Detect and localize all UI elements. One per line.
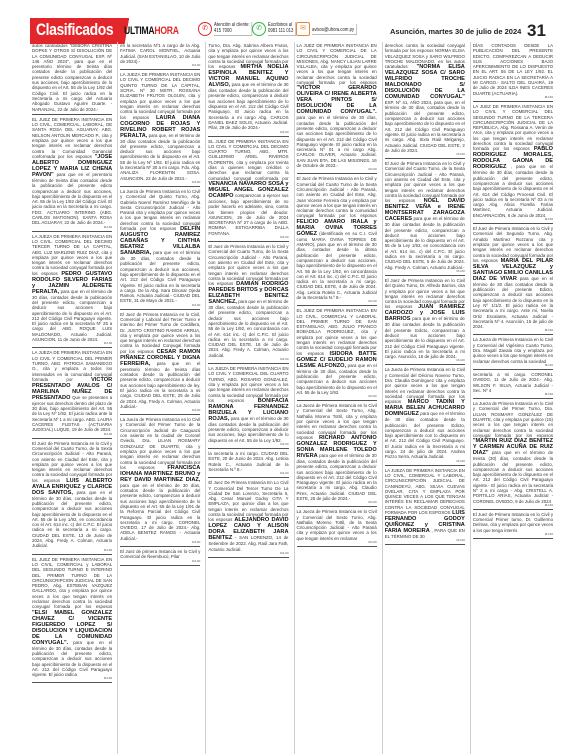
- page-number: 31: [527, 21, 546, 41]
- notice-body-tail: para que en el término de 30 días, conta…: [297, 115, 377, 168]
- notice-code: MJ-60: [120, 64, 200, 67]
- legal-notice: El Juez de Primera Instancia en lo Civil…: [385, 160, 465, 276]
- notice-body: LA JUEZA DE PRIMERA INSTANCIA EN LO CIVI…: [32, 234, 112, 276]
- notice-body-tail: para que en el perentorio término de tre…: [32, 172, 112, 225]
- legal-notice: El Juez de primera Instancia en lo Civil…: [120, 548, 200, 566]
- legal-notice: La Jueza de Primera Instancia en lo Civi…: [120, 416, 200, 547]
- legal-notice: La Jueza de Primera Instancia en lo Civi…: [297, 508, 377, 547]
- phone-contact: ✆ Atención al cliente:415 7000: [198, 22, 259, 36]
- notice-code: MJ-60: [473, 533, 553, 536]
- logo-hora: HORA: [154, 25, 178, 37]
- notice-code: MJ-60: [473, 218, 553, 221]
- legal-notice: El Juez de Primera Instancia en lo Civil…: [120, 311, 200, 415]
- notice-body: La Jueza de Primera Instancia en lo Civi…: [473, 401, 553, 438]
- notice-code: MJ-60: [208, 236, 288, 239]
- notice-body-tail: para que en el perentorio término de tre…: [120, 361, 200, 409]
- legal-notice: La Jueza de Primera Instancia en lo Civi…: [473, 400, 553, 510]
- notice-body-tail: para que en el término de 30 días contad…: [385, 411, 465, 459]
- notice-body: EL JUEZ DE PRIMERA INSTANCIA EN LO CIVIL…: [208, 139, 288, 181]
- notice-body: LA JUEZ DE PRIMERA INSTANCIA EN LO CIVIL…: [297, 43, 377, 85]
- legal-notice: secretaría a mi cargo. CORONEL OVIEDO, 1…: [473, 371, 553, 399]
- notice-body-tail: para que en el término de 30 días contad…: [385, 216, 465, 269]
- email-contact: ✉ avisos@uhora.com.py: [296, 22, 365, 36]
- legal-notice: La Jueza de Primera Instancia en lo Civi…: [120, 188, 200, 310]
- notice-body: LA JUEZ DE PRIMERA INSTANCIA EN LO CIVIL…: [473, 104, 553, 151]
- notice-code: MJ-60: [473, 504, 553, 507]
- notice-code: MJ-60: [385, 359, 465, 362]
- notice-body: LA JUEZA DE PRIMERA INSTANCIA EN LO CIVI…: [385, 468, 465, 515]
- notice-code: MJ-60: [473, 329, 553, 332]
- notice-code: MJ-60: [385, 153, 465, 156]
- notice-body-tail: comparezcan a ejercer sus acciones, bajo…: [208, 193, 288, 236]
- whatsapp-contact: ✆ Escribinos al0981 111 013: [252, 22, 301, 36]
- notice-body-tail: para que en el término de 30 días, conta…: [120, 250, 200, 303]
- mail-icon: ✉: [296, 22, 310, 36]
- notice-code: MJ-60: [297, 541, 377, 544]
- notice-parties: "VICTOR GERARDO OLIVEIRA C/ IRENE ALBERT…: [297, 85, 377, 115]
- legal-notice: autos caratulados "DEBORA CRISTINA DOPKE…: [32, 42, 112, 115]
- notice-code: MJ-60: [385, 539, 465, 542]
- notice-code: MJ-60: [208, 131, 288, 134]
- notice-body-tail: para que, en el término de 30 días conta…: [120, 133, 200, 181]
- notice-body: El Juez de primera Instancia en lo Civil…: [120, 549, 200, 559]
- notice-code: MJ-60: [208, 443, 288, 446]
- legal-notice: LA JUEZ DE PRIMERA INSTANCIA EN LO CIVIL…: [297, 42, 377, 174]
- notice-body: en la secretaría Nº1 a cargo de la Abg. …: [120, 43, 200, 64]
- column-2: en la secretaría Nº1 a cargo de la Abg. …: [117, 42, 202, 754]
- notice-body: La Jueza de Primera Instancia en lo Civi…: [297, 509, 377, 540]
- legal-notice: LA JUEZA DE PRIMERA INSTANCIA EN LO CIVI…: [385, 467, 465, 546]
- notice-body: El Juez de Primera Instancia en lo Civil…: [385, 161, 465, 203]
- legal-notice: en la secretaría Nº1 a cargo de la Abg. …: [120, 42, 200, 70]
- notice-code: MJ-60: [32, 677, 112, 680]
- notice-body: autos caratulados "DEBORA CRISTINA DOPKE…: [32, 43, 112, 112]
- notice-body: La Jueza de Primera Instancia en lo Civi…: [120, 417, 200, 470]
- logo-ultima: ULTIMA: [124, 25, 154, 37]
- notice-body-tail: para que en el término de 30 días, conta…: [208, 299, 288, 358]
- column-4: LA JUEZ DE PRIMERA INSTANCIA EN LO CIVIL…: [294, 42, 379, 754]
- notice-code: MJ-60: [473, 393, 553, 396]
- notice-code: MJ-60: [297, 168, 377, 171]
- newspaper-logo: ULTIMAHORA: [124, 25, 179, 37]
- notice-code: MJ-60: [120, 181, 200, 184]
- notice-body: EL JUEZ DE PRIMERA INSTANCIA EN LO CIVIL…: [297, 308, 377, 355]
- classifieds-columns: autos caratulados "DEBORA CRISTINA DOPKE…: [30, 42, 555, 754]
- section-title: Clasificados: [36, 20, 113, 40]
- notice-body: El Juez de Primera Instancia en lo Civil…: [473, 512, 553, 533]
- legal-notice: EL JUEZ DE PRIMERA INSTANCIA EN LO CIVIL…: [32, 556, 112, 684]
- legal-notice: El Juez de Primera Instancia en lo Civil…: [208, 243, 288, 364]
- notice-body-tail: EXP. Nº 41, AÑO 2024, para que, en el té…: [385, 100, 465, 153]
- notice-code: MJ-60: [297, 395, 377, 398]
- notice-code: MJ-60: [208, 472, 288, 475]
- whatsapp-number: 0981 111 013: [268, 28, 293, 34]
- phone-number: 415 7000: [214, 28, 250, 34]
- notice-body-tail: para que en el término de 30 días, conta…: [32, 289, 112, 342]
- notice-code: MJ-60: [385, 270, 465, 273]
- issue-date: Asunción, martes 30 de julio de 2024: [390, 27, 521, 36]
- notice-code: MJ-60: [208, 358, 288, 361]
- legal-notice: LA JUEZ DE PRIMERA INSTANCIA EN LO CIVIL…: [473, 103, 553, 224]
- legal-notice: EL JUEZ DE PRIMERA INSTANCIA EN LO CIVIL…: [297, 307, 377, 401]
- legal-notice: El Juez de Primera Instancia en lo Civil…: [473, 511, 553, 539]
- notice-body: La Jueza de Primera Instancia en lo Civi…: [473, 337, 553, 363]
- notice-body-tail: para que en el término de 30 días, conta…: [297, 453, 377, 501]
- notice-body: DÍAS CONTADOS DESDE LA PUBLICACIÓN DEL P…: [473, 43, 553, 96]
- legal-notice: El Juez de Primera Instancia en lo Civil…: [297, 175, 377, 306]
- notice-body-tail: para que en el término de 30 días contad…: [473, 276, 553, 329]
- notice-body-tail: Que se presenten a ejercer sus derechos …: [32, 395, 112, 432]
- notice-code: MJ-60: [32, 342, 112, 345]
- notice-body: El Juez de Primera Instancia en lo Civil…: [208, 244, 288, 286]
- notice-code: MJ-60: [120, 560, 200, 563]
- column-5: derechos contra la sociedad conyugal for…: [382, 42, 467, 754]
- notice-body: El Juez de Primera Instancia en lo Civil…: [32, 441, 112, 483]
- column-3: Turno, Dra. Abg. Sabrina Albera Frutos, …: [205, 42, 290, 754]
- notice-body: El Juez de Primera Instancia en lo Civil…: [297, 176, 377, 218]
- notice-code: MJ-60: [297, 300, 377, 303]
- notice-code: MJ-60: [120, 304, 200, 307]
- notice-body: EL JUEZ DE PRIMERA INSTANCIA EN LO CIVIL…: [32, 117, 112, 159]
- legal-notice: DÍAS CONTADOS DESDE LA PUBLICACIÓN DEL P…: [473, 42, 553, 102]
- notice-body: la secretaría a mi cargo. CIUDAD DEL EST…: [208, 451, 288, 472]
- notice-body: LA JUEZA DE PRIMERA INSTANCIA EN LO CIVI…: [120, 72, 200, 119]
- phone-icon: ✆: [198, 22, 212, 36]
- notice-code: MJ-60: [473, 96, 553, 99]
- notice-body-tail: para que en el término de 30 días contad…: [385, 316, 465, 359]
- legal-notice: Turno, Dra. Abg. Sabrina Albera Frutos, …: [208, 42, 288, 137]
- legal-notice: El Juez de Primera Instancia en lo Civil…: [473, 225, 553, 335]
- notice-code: MJ-60: [297, 501, 377, 504]
- notice-body-tail: para que en el término de 30 días, conta…: [32, 490, 112, 549]
- notice-code: MJ-60: [120, 541, 200, 544]
- column-6: DÍAS CONTADOS DESDE LA PUBLICACIÓN DEL P…: [470, 42, 555, 754]
- legal-notice: La Jueza de Primera Instancia en lo Civi…: [297, 402, 377, 507]
- notice-code: MJ-60: [208, 552, 288, 555]
- whatsapp-icon: ✆: [252, 22, 266, 36]
- notice-body-tail: (identificada en su C.I. Civil como MARI…: [297, 231, 377, 300]
- legal-notice: El Juez de Primera Instancia en lo Civil…: [32, 440, 112, 555]
- notice-parties: "NORMA ELISA VELAZQUEZ SOSA C/ SARO WILF…: [385, 64, 465, 100]
- legal-notice: LA JUEZA DE PRIMERA INSTANCIA EN LO CIVI…: [208, 365, 288, 449]
- legal-notice: El Juez De Primera Instancia En Lo Civil…: [208, 479, 288, 558]
- notice-body-tail: para que en el término de 30 días, conta…: [120, 483, 200, 541]
- notice-body: El Juez de Primera Instancia en lo Civil…: [120, 312, 200, 354]
- legal-notice: El Juez de Primera Instancia en lo Civil…: [385, 277, 465, 366]
- notice-code: MJ-60: [120, 409, 200, 412]
- notice-code: MJ-60: [473, 364, 553, 367]
- legal-notice: La Jueza de Primera Instancia en lo Civi…: [385, 366, 465, 465]
- notice-body: La Jueza de Primera Instancia en lo Civi…: [120, 189, 200, 231]
- notice-body: El Juez De Primera Instancia En Lo Civil…: [208, 480, 288, 522]
- notice-code: MJ-60: [32, 549, 112, 552]
- notice-body: secretaría a mi cargo. CORONEL OVIEDO, 1…: [473, 372, 553, 393]
- legal-notice: La Jueza de Primera Instancia en lo Civi…: [473, 336, 553, 369]
- email-address[interactable]: avisos@uhora.com.py: [312, 27, 354, 33]
- notice-code: MJ-60: [32, 433, 112, 436]
- legal-notice: EL JUEZ DE PRIMERA INSTANCIA EN LO CIVIL…: [32, 116, 112, 232]
- column-1: autos caratulados "DEBORA CRISTINA DOPKE…: [30, 42, 114, 754]
- notice-code: MJ-60: [32, 226, 112, 229]
- legal-notice: LA JUEZA DE PRIMERA INSTANCIA EN LO CIVI…: [32, 233, 112, 349]
- legal-notice: LA JUEZA DE PRIMERA INSTANCIA EN LO CIVI…: [32, 349, 112, 438]
- legal-notice: la secretaría a mi cargo. CIUDAD DEL EST…: [208, 450, 288, 478]
- legal-notice: EL JUEZ DE PRIMERA INSTANCIA EN LO CIVIL…: [208, 138, 288, 242]
- notice-body-tail: para que en el término de 30 días, conta…: [32, 640, 112, 677]
- notice-code: MJ-60: [385, 460, 465, 463]
- legal-notice: LA JUEZA DE PRIMERA INSTANCIA EN LO CIVI…: [120, 71, 200, 187]
- notice-body-tail: para que en el término de treinta (30) d…: [473, 450, 553, 503]
- legal-notice: derechos contra la sociedad conyugal for…: [385, 42, 465, 159]
- notice-body-tail: , para que en el término de 30 días, con…: [473, 164, 553, 217]
- notice-body: EL JUEZ DE PRIMERA INSTANCIA EN LO CIVIL…: [32, 557, 112, 610]
- notice-body-tail: para que en el término de 30 días contad…: [208, 82, 288, 130]
